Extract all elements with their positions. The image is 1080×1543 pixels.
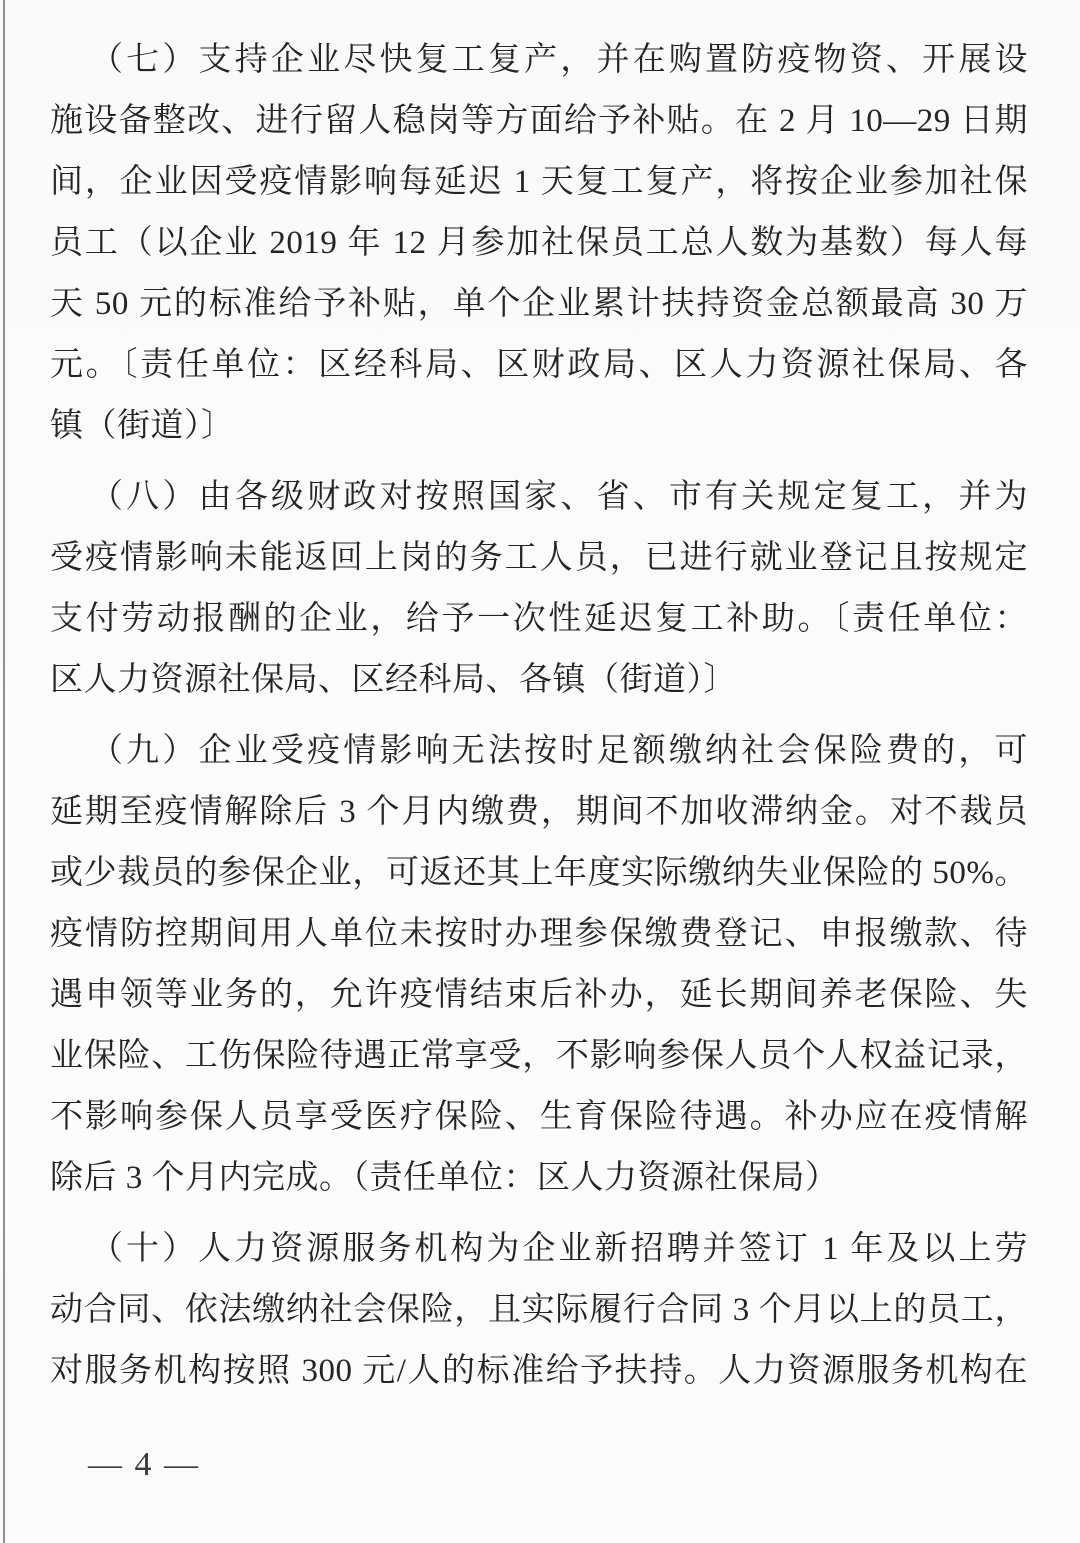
text-line: 员工（以企业 2019 年 12 月参加社保员工总人数为基数）每人每 bbox=[50, 213, 1028, 274]
text-line: 延期至疫情解除后 3 个月内缴费，期间不加收滞纳金。对不裁员 bbox=[50, 782, 1028, 843]
text-line: （十）人力资源服务机构为企业新招聘并签订 1 年及以上劳 bbox=[50, 1219, 1028, 1280]
text-line: 天 50 元的标准给予补贴，单个企业累计扶持资金总额最高 30 万 bbox=[50, 274, 1028, 335]
text-line: 受疫情影响未能返回上岗的务工人员，已进行就业登记且按规定 bbox=[50, 528, 1028, 589]
text-line: 除后 3 个月内完成。（责任单位：区人力资源社保局） bbox=[50, 1148, 1028, 1209]
text-line: （八）由各级财政对按照国家、省、市有关规定复工，并为 bbox=[50, 467, 1028, 528]
paragraph-item-10: （十）人力资源服务机构为企业新招聘并签订 1 年及以上劳 动合同、依法缴纳社会保… bbox=[50, 1219, 1028, 1402]
text-line: 或少裁员的参保企业，可返还其上年度实际缴纳失业保险的 50%。 bbox=[50, 843, 1028, 904]
page-footer: — 4 — bbox=[88, 1442, 200, 1488]
text-line: 镇（街道）〕 bbox=[50, 396, 1028, 457]
paragraph-item-7: （七）支持企业尽快复工复产，并在购置防疫物资、开展设 施设备整改、进行留人稳岗等… bbox=[50, 30, 1028, 457]
document-page: （七）支持企业尽快复工复产，并在购置防疫物资、开展设 施设备整改、进行留人稳岗等… bbox=[0, 0, 1080, 1543]
text-line: 施设备整改、进行留人稳岗等方面给予补贴。在 2 月 10—29 日期 bbox=[50, 91, 1028, 152]
paragraph-item-9: （九）企业受疫情影响无法按时足额缴纳社会保险费的，可 延期至疫情解除后 3 个月… bbox=[50, 721, 1028, 1209]
text-line: 区人力资源社保局、区经科局、各镇（街道）〕 bbox=[50, 650, 1028, 711]
text-line: 支付劳动报酬的企业，给予一次性延迟复工补助。〔责任单位： bbox=[50, 589, 1028, 650]
text-line: 对服务机构按照 300 元/人的标准给予扶持。人力资源服务机构在 bbox=[50, 1341, 1028, 1402]
text-line: 间，企业因受疫情影响每延迟 1 天复工复产，将按企业参加社保 bbox=[50, 152, 1028, 213]
document-body: （七）支持企业尽快复工复产，并在购置防疫物资、开展设 施设备整改、进行留人稳岗等… bbox=[0, 30, 1080, 1402]
text-line: 不影响参保人员享受医疗保险、生育保险待遇。补办应在疫情解 bbox=[50, 1087, 1028, 1148]
page-number: — 4 — bbox=[88, 1446, 200, 1483]
text-line: 业保险、工伤保险待遇正常享受，不影响参保人员个人权益记录， bbox=[50, 1026, 1028, 1087]
text-line: 动合同、依法缴纳社会保险，且实际履行合同 3 个月以上的员工， bbox=[50, 1280, 1028, 1341]
text-line: （七）支持企业尽快复工复产，并在购置防疫物资、开展设 bbox=[50, 30, 1028, 91]
text-line: 元。〔责任单位：区经科局、区财政局、区人力资源社保局、各 bbox=[50, 335, 1028, 396]
text-line: （九）企业受疫情影响无法按时足额缴纳社会保险费的，可 bbox=[50, 721, 1028, 782]
text-line: 遇申领等业务的，允许疫情结束后补办，延长期间养老保险、失 bbox=[50, 965, 1028, 1026]
text-line: 疫情防控期间用人单位未按时办理参保缴费登记、申报缴款、待 bbox=[50, 904, 1028, 965]
paragraph-item-8: （八）由各级财政对按照国家、省、市有关规定复工，并为 受疫情影响未能返回上岗的务… bbox=[50, 467, 1028, 711]
